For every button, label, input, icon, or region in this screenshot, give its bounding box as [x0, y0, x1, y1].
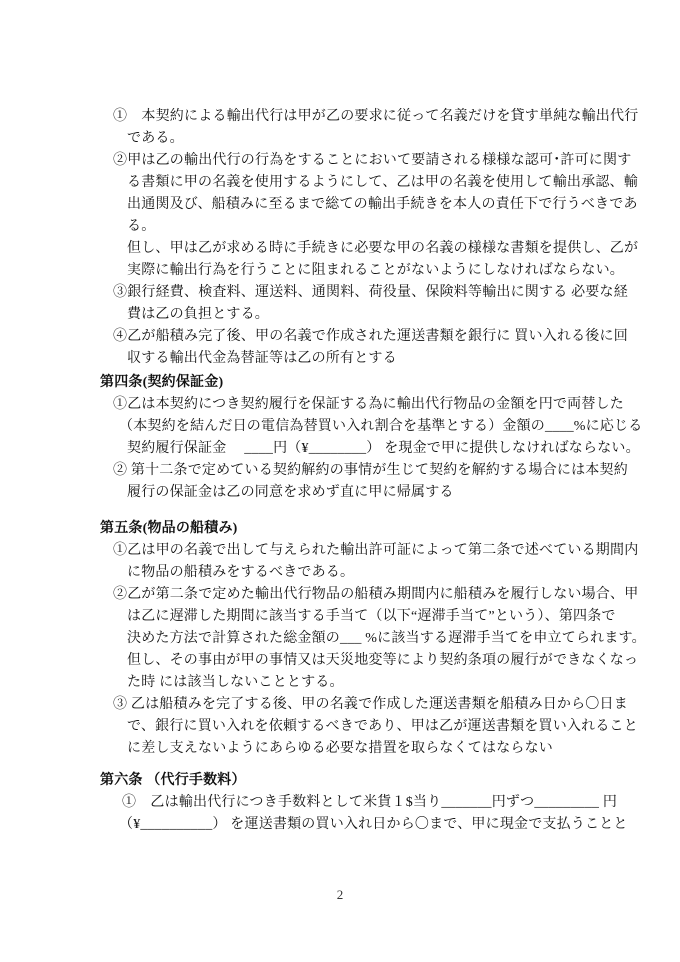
document-page: ① 本契約による輸出代行は甲が乙の要求に従って名義だけを貸す単純な輸出代行 であ… — [0, 0, 680, 962]
document-line: 出通関及び、船積みに至るまで総ての輸出手続きを本人の責任下で行うべきであ — [0, 194, 680, 216]
section-heading-article4: 第四条(契約保証金) — [0, 372, 680, 394]
document-line: ① 本契約による輸出代行は甲が乙の要求に従って名義だけを貸す単純な輸出代行 — [0, 106, 680, 128]
document-line: ①乙は本契約につき契約履行を保証する為に輸出代行物品の金額を円で両替した — [0, 394, 680, 416]
document-line: は乙に遅滞した期間に該当する手当て（以下“遅滞手当て”という）、第四条で — [0, 606, 680, 628]
document-line: 但し、その事由が甲の事情又は天災地変等により契約条項の履行ができなくなっ — [0, 650, 680, 672]
document-line: ④乙が船積み完了後、甲の名義で作成された運送書類を銀行に 買い入れる後に回 — [0, 326, 680, 348]
document-line: ② 第十二条で定めている契約解約の事情が生じて契約を解約する場合には本契約 — [0, 460, 680, 482]
document-line: である。 — [0, 128, 680, 150]
document-line: ①乙は甲の名義で出して与えられた輸出許可証によって第二条で述べている期間内 — [0, 540, 680, 562]
document-line: 収する輸出代金為替証等は乙の所有とする — [0, 348, 680, 370]
section-heading-article5: 第五条(物品の船積み) — [0, 518, 680, 540]
document-line: 履行の保証金は乙の同意を求めず直に甲に帰属する — [0, 482, 680, 504]
document-line: る書類に甲の名義を使用するようにして、乙は甲の名義を使用して輸出承認、輸 — [0, 172, 680, 194]
document-line: 但し、甲は乙が求める時に手続きに必要な甲の名義の様様な書類を提供し、乙が — [0, 238, 680, 260]
document-line: 実際に輸出行為を行うことに阻まれることがないようにしなければならない。 — [0, 260, 680, 282]
document-line: ③ 乙は船積みを完了する後、甲の名義で作成した運送書類を船積み日から〇日ま — [0, 694, 680, 716]
document-content: ① 本契約による輸出代行は甲が乙の要求に従って名義だけを貸す単純な輸出代行 であ… — [0, 106, 680, 836]
document-line: ③銀行経費、検査料、運送料、通関料、荷役量、保険料等輸出に関する 必要な経 — [0, 282, 680, 304]
document-line: ① 乙は輸出代行につき手数料として米貨１$当り_______円ずつ_______… — [0, 792, 680, 814]
document-line: る。 — [0, 216, 680, 238]
document-line: 契約履行保証金 ____円（¥________） を現金で甲に提供しなければなら… — [0, 438, 680, 460]
section-heading-article6: 第六条 （代行手数料） — [0, 770, 680, 792]
document-line: に差し支えないようにあらゆる必要な措置を取らなくてはならない — [0, 738, 680, 760]
document-line: で、銀行に買い入れを依頼するべきであり、甲は乙が運送書類を買い入れること — [0, 716, 680, 738]
document-line: に物品の船積みをするべきである。 — [0, 562, 680, 584]
document-line: ②乙が第二条で定めた輸出代行物品の船積み期間内に船積みを履行しない場合、甲 — [0, 584, 680, 606]
document-line: ②甲は乙の輸出代行の行為をすることにおいて要請される様様な認可･許可に関す — [0, 150, 680, 172]
document-line: た時 には該当しないこととする。 — [0, 672, 680, 694]
document-line: （本契約を結んだ日の電信為替買い入れ割合を基準とする）金額の____%に応じる — [0, 416, 680, 438]
document-line: （¥__________） を運送書類の買い入れ日から〇まで、甲に現金で支払うこ… — [0, 814, 680, 836]
page-number: 2 — [0, 884, 680, 906]
document-line: 費は乙の負担とする。 — [0, 304, 680, 326]
document-line: 決めた方法で計算された総金額の___ %に該当する遅滞手当てを申立てられます。 — [0, 628, 680, 650]
